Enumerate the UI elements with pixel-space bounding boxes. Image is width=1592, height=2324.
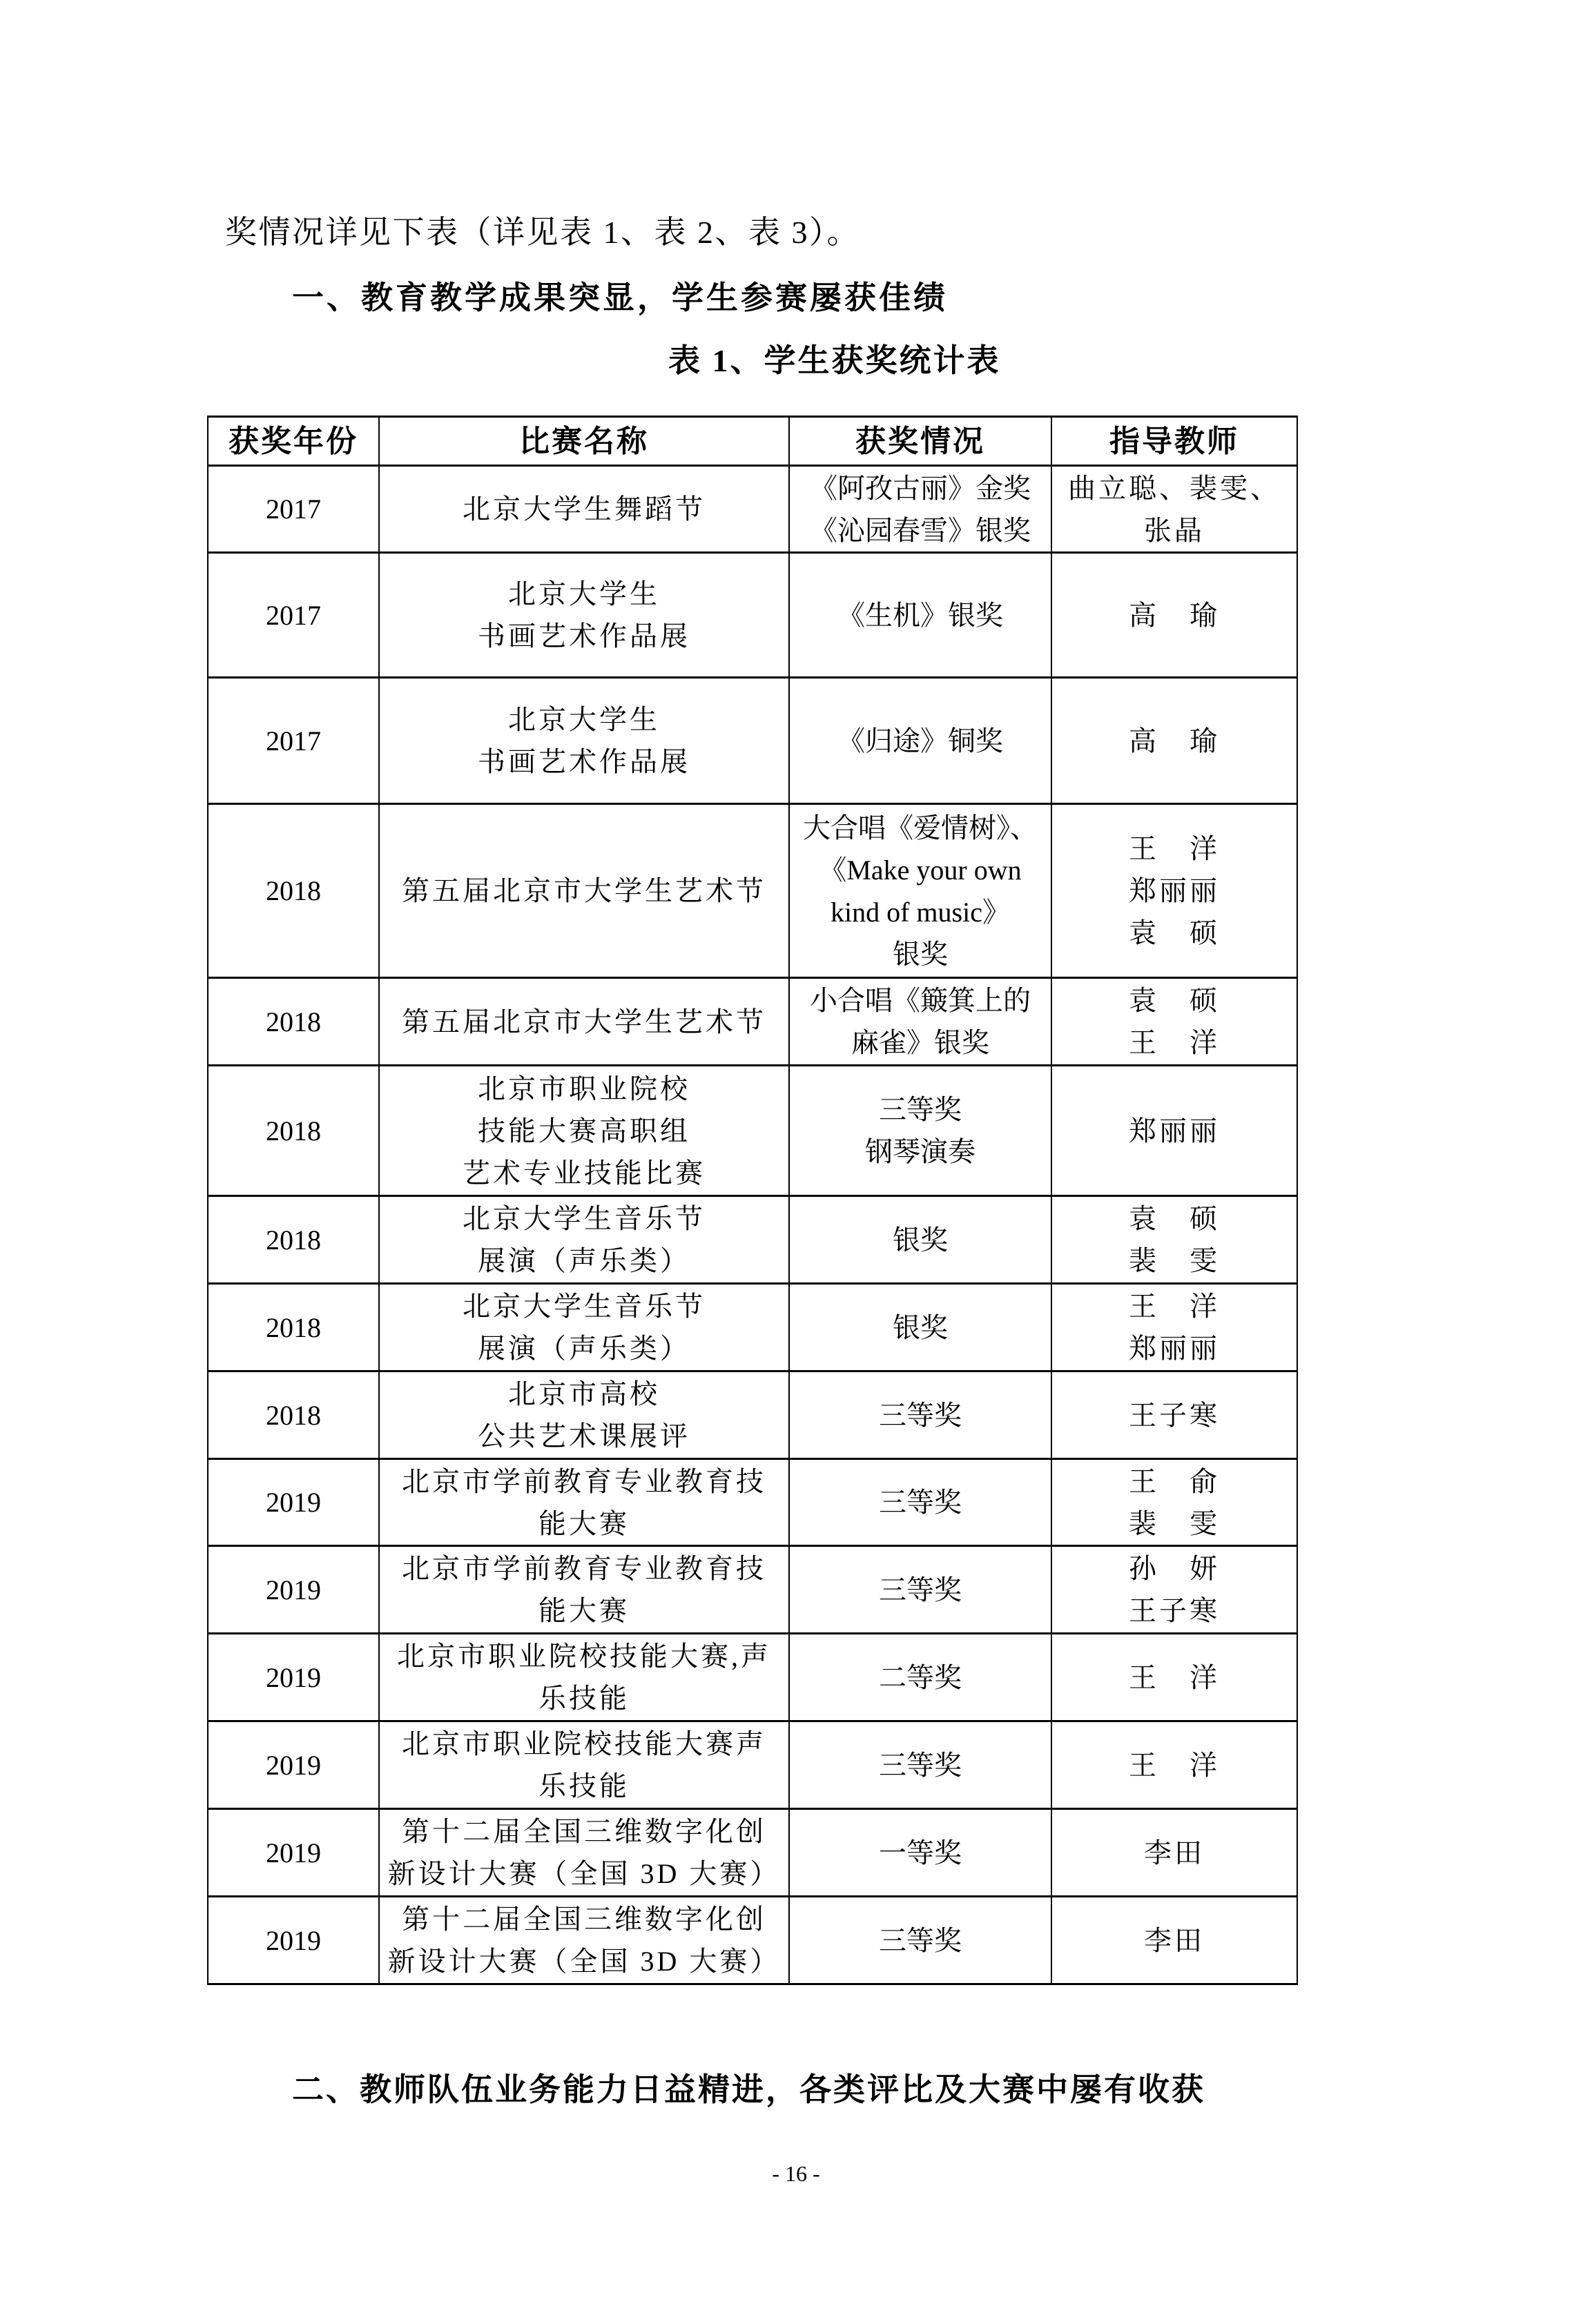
- cell-award: 三等奖: [789, 1459, 1051, 1546]
- cell-award: 三等奖: [789, 1371, 1051, 1459]
- table-row: 2019 北京市学前教育专业教育技 能大赛 三等奖 孙 妍 王子寒: [208, 1546, 1297, 1634]
- cell-year: 2017: [208, 678, 379, 804]
- cell-competition: 北京市高校 公共艺术课展评: [379, 1371, 789, 1459]
- cell-teacher: 王 洋: [1051, 1721, 1297, 1809]
- cell-competition: 北京市职业院校技能大赛声 乐技能: [379, 1721, 789, 1809]
- cell-teacher: 李田: [1051, 1809, 1297, 1897]
- cell-year: 2019: [208, 1459, 379, 1546]
- table-row: 2019 北京市学前教育专业教育技 能大赛 三等奖 王 俞 裴 雯: [208, 1459, 1297, 1546]
- table-row: 2019 北京市职业院校技能大赛,声 乐技能 二等奖 王 洋: [208, 1634, 1297, 1721]
- cell-competition: 北京大学生音乐节 展演（声乐类）: [379, 1196, 789, 1284]
- cell-award: 三等奖: [789, 1546, 1051, 1634]
- cell-teacher: 王子寒: [1051, 1371, 1297, 1459]
- document-page: 奖情况详见下表（详见表 1、表 2、表 3）。 一、教育教学成果突显，学生参赛屡…: [0, 0, 1592, 2324]
- cell-teacher: 郑丽丽: [1051, 1066, 1297, 1196]
- page-number: - 16 -: [0, 2160, 1592, 2187]
- header-award-year: 获奖年份: [208, 417, 379, 466]
- cell-teacher: 袁 硕 裴 雯: [1051, 1196, 1297, 1284]
- cell-year: 2017: [208, 553, 379, 678]
- cell-competition: 第十二届全国三维数字化创 新设计大赛（全国 3D 大赛）: [379, 1809, 789, 1897]
- table-row: 2018 第五届北京市大学生艺术节 小合唱《簸箕上的 麻雀》银奖 袁 硕 王 洋: [208, 978, 1297, 1066]
- table-row: 2019 第十二届全国三维数字化创 新设计大赛（全国 3D 大赛） 一等奖 李田: [208, 1809, 1297, 1897]
- cell-award: 大合唱《爱情树》、 《Make your own kind of music》 …: [789, 804, 1051, 978]
- cell-teacher: 高 瑜: [1051, 553, 1297, 678]
- cell-teacher: 高 瑜: [1051, 678, 1297, 804]
- cell-year: 2017: [208, 466, 379, 553]
- table-row: 2017 北京大学生舞蹈节 《阿孜古丽》金奖 《沁园春雪》银奖 曲立聪、裴雯、 …: [208, 466, 1297, 553]
- cell-teacher: 王 洋: [1051, 1634, 1297, 1721]
- table-row: 2018 北京市职业院校 技能大赛高职组 艺术专业技能比赛 三等奖 钢琴演奏 郑…: [208, 1066, 1297, 1196]
- table-row: 2018 北京大学生音乐节 展演（声乐类） 银奖 袁 硕 裴 雯: [208, 1196, 1297, 1284]
- student-awards-table: 获奖年份 比赛名称 获奖情况 指导教师 2017 北京大学生舞蹈节 《阿孜古丽》…: [207, 416, 1298, 1985]
- table-title: 表 1、学生获奖统计表: [668, 340, 1001, 382]
- cell-competition: 第五届北京市大学生艺术节: [379, 804, 789, 978]
- cell-teacher: 王 洋 郑丽丽: [1051, 1284, 1297, 1371]
- table-row: 2017 北京大学生 书画艺术作品展 《生机》银奖 高 瑜: [208, 553, 1297, 678]
- cell-competition: 北京大学生 书画艺术作品展: [379, 553, 789, 678]
- cell-year: 2018: [208, 804, 379, 978]
- cell-year: 2019: [208, 1897, 379, 1984]
- cell-teacher: 曲立聪、裴雯、 张晶: [1051, 466, 1297, 553]
- cell-year: 2019: [208, 1546, 379, 1634]
- cell-competition: 北京市职业院校技能大赛,声 乐技能: [379, 1634, 789, 1721]
- table-row: 2017 北京大学生 书画艺术作品展 《归途》铜奖 高 瑜: [208, 678, 1297, 804]
- cell-award: 一等奖: [789, 1809, 1051, 1897]
- table-header-row: 获奖年份 比赛名称 获奖情况 指导教师: [208, 417, 1297, 466]
- intro-paragraph: 奖情况详见下表（详见表 1、表 2、表 3）。: [225, 212, 860, 253]
- cell-year: 2019: [208, 1809, 379, 1897]
- cell-award: 三等奖 钢琴演奏: [789, 1066, 1051, 1196]
- cell-award: 银奖: [789, 1196, 1051, 1284]
- cell-award: 银奖: [789, 1284, 1051, 1371]
- cell-competition: 北京市职业院校 技能大赛高职组 艺术专业技能比赛: [379, 1066, 789, 1196]
- cell-award: 小合唱《簸箕上的 麻雀》银奖: [789, 978, 1051, 1066]
- cell-competition: 北京大学生舞蹈节: [379, 466, 789, 553]
- header-award-result: 获奖情况: [789, 417, 1051, 466]
- cell-teacher: 王 俞 裴 雯: [1051, 1459, 1297, 1546]
- cell-teacher: 王 洋 郑丽丽 袁 硕: [1051, 804, 1297, 978]
- cell-teacher: 孙 妍 王子寒: [1051, 1546, 1297, 1634]
- section-1-heading: 一、教育教学成果突显，学生参赛屡获佳绩: [292, 277, 948, 319]
- cell-competition: 第十二届全国三维数字化创 新设计大赛（全国 3D 大赛）: [379, 1897, 789, 1984]
- cell-year: 2018: [208, 1371, 379, 1459]
- cell-year: 2018: [208, 1196, 379, 1284]
- cell-year: 2018: [208, 978, 379, 1066]
- cell-competition: 北京大学生音乐节 展演（声乐类）: [379, 1284, 789, 1371]
- cell-award: 《阿孜古丽》金奖 《沁园春雪》银奖: [789, 466, 1051, 553]
- table-row: 2018 第五届北京市大学生艺术节 大合唱《爱情树》、 《Make your o…: [208, 804, 1297, 978]
- header-instructor: 指导教师: [1051, 417, 1297, 466]
- table-row: 2019 第十二届全国三维数字化创 新设计大赛（全国 3D 大赛） 三等奖 李田: [208, 1897, 1297, 1984]
- cell-year: 2018: [208, 1066, 379, 1196]
- section-2-heading: 二、教师队伍业务能力日益精进，各类评比及大赛中屡有收获: [292, 2069, 1205, 2111]
- cell-award: 二等奖: [789, 1634, 1051, 1721]
- cell-competition: 北京市学前教育专业教育技 能大赛: [379, 1546, 789, 1634]
- cell-competition: 北京大学生 书画艺术作品展: [379, 678, 789, 804]
- cell-award: 《归途》铜奖: [789, 678, 1051, 804]
- cell-award: 《生机》银奖: [789, 553, 1051, 678]
- cell-year: 2019: [208, 1634, 379, 1721]
- cell-year: 2019: [208, 1721, 379, 1809]
- cell-competition: 北京市学前教育专业教育技 能大赛: [379, 1459, 789, 1546]
- table-row: 2019 北京市职业院校技能大赛声 乐技能 三等奖 王 洋: [208, 1721, 1297, 1809]
- cell-year: 2018: [208, 1284, 379, 1371]
- cell-teacher: 李田: [1051, 1897, 1297, 1984]
- table-row: 2018 北京市高校 公共艺术课展评 三等奖 王子寒: [208, 1371, 1297, 1459]
- table-row: 2018 北京大学生音乐节 展演（声乐类） 银奖 王 洋 郑丽丽: [208, 1284, 1297, 1371]
- header-competition-name: 比赛名称: [379, 417, 789, 466]
- cell-competition: 第五届北京市大学生艺术节: [379, 978, 789, 1066]
- cell-teacher: 袁 硕 王 洋: [1051, 978, 1297, 1066]
- cell-award: 三等奖: [789, 1721, 1051, 1809]
- cell-award: 三等奖: [789, 1897, 1051, 1984]
